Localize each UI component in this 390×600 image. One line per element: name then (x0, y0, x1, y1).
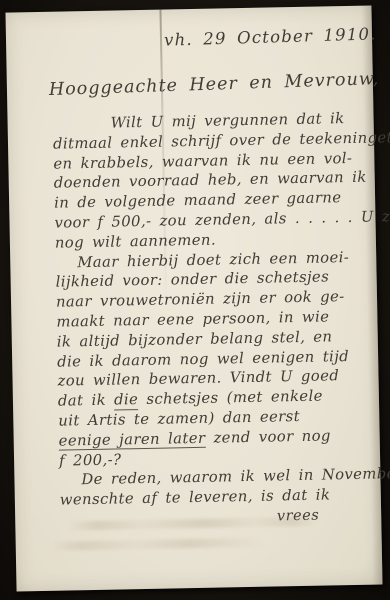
bleed-through-line (50, 538, 265, 551)
letter-paper: vh. 29 October 1910. Hooggeachte Heer en… (5, 6, 382, 592)
catchword: vrees (277, 508, 320, 525)
date-line: vh. 29 October 1910. (164, 24, 377, 49)
letter-photograph: vh. 29 October 1910. Hooggeachte Heer en… (0, 0, 390, 600)
salutation: Hooggeachte Heer en Mevrouw, (49, 69, 380, 100)
letter-body: Wilt U mij vergunnen dat ikditmaal enkel… (52, 109, 372, 511)
